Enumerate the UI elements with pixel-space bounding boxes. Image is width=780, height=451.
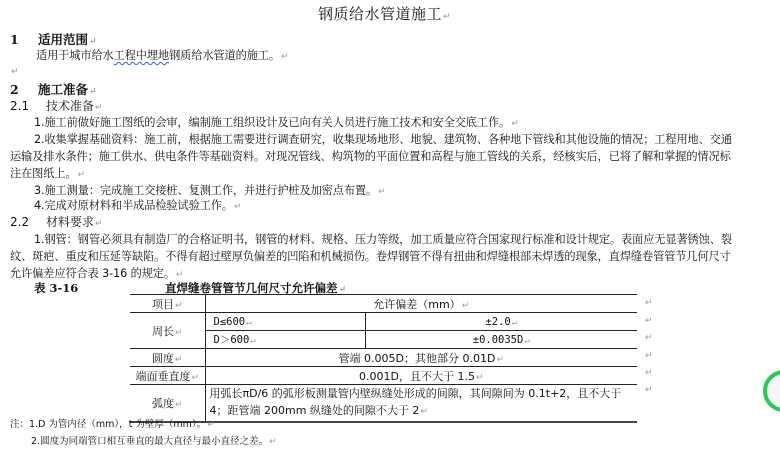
table-row-perimeter-1: 周长↵ D≤600↵ ±2.0↵ xyxy=(130,313,637,331)
cell-mark-icon: ↵ xyxy=(512,318,517,328)
subsection-number: 2.1 xyxy=(10,99,46,113)
table-number: 表 3-16 xyxy=(34,280,78,296)
section-heading-text: 施工准备 xyxy=(38,82,88,97)
cell-mark-icon: ↵ xyxy=(524,336,529,346)
body-text: 注在图纸上。 xyxy=(10,167,77,180)
tolerance-table: 项目↵ 允许偏差（mm）↵ 周长↵ D≤600↵ ±2.0↵ D＞600↵ ±0… xyxy=(130,294,637,423)
cond-d-le-600: D≤600↵ xyxy=(205,313,365,331)
table-note-2: 2.圆度为同端管口相互垂直的最大直径与最小直径之差。↵ xyxy=(31,433,277,447)
paragraph-mark-icon: ↵ xyxy=(269,437,277,447)
tech-prep-item-4: 4.完成对原材料和半成品检验试验工作。↵ xyxy=(34,197,241,213)
row-end-mark-icon: ↵ xyxy=(645,298,653,308)
row-end-mark-icon: ↵ xyxy=(645,351,653,361)
body-text: 允许偏差应符合表 3-16 的规定。 xyxy=(10,267,175,280)
note-text: 注：1.D 为管内径（mm），t 为壁厚（mm）。 xyxy=(10,419,206,430)
body-text: 钢质给水管道的施工。 xyxy=(169,49,280,62)
cell-mark-icon: ↵ xyxy=(175,355,183,365)
material-item-1-line-1: 1.钢管：钢管必须具有制造厂的合格证明书，钢管的材料、规格、压力等级，加工质量应… xyxy=(34,231,732,247)
table-header-row: 项目↵ 允许偏差（mm）↵ xyxy=(130,295,637,313)
table-row-perimeter-2: D＞600↵ ±0.0035D↵ xyxy=(130,331,637,349)
row-end-mark-icon: ↵ xyxy=(645,316,653,326)
body-text: 运输及排水条件；施工供水、供电条件等基础资料。对现况管线、构筑物的平面位置和高程… xyxy=(10,150,731,163)
tech-prep-item-2-line-2: 运输及排水条件；施工供水、供电条件等基础资料。对现况管线、构筑物的平面位置和高程… xyxy=(10,148,731,164)
row-label-perimeter: 周长↵ xyxy=(130,313,205,349)
spellcheck-flagged-text[interactable]: 工程中埋地 xyxy=(114,49,169,62)
cell-mark-icon: ↵ xyxy=(175,328,183,338)
paragraph-mark-icon: ↵ xyxy=(443,12,451,22)
section-number: 2 xyxy=(10,82,38,97)
cond-d-gt-600: D＞600↵ xyxy=(205,331,365,349)
table-row-end-perpendicularity: 端面垂直度↵ 0.001D，且不大于 1.5↵ xyxy=(130,367,637,385)
value-end-perpendicularity: 0.001D，且不大于 1.5↵ xyxy=(205,367,637,385)
body-text: 适用于城市给水 xyxy=(36,49,114,62)
body-text: 1.施工前做好施工图纸的会审，编制施工组织设计及已向有关人员进行施工技术和安全交… xyxy=(34,116,510,129)
body-text: 2.收集掌握基础资料：施工前，根据施工需要进行调查研究，收集现场地形、地貌、建筑… xyxy=(34,133,732,146)
value-roundness: 管端 0.005D；其他部分 0.01D↵ xyxy=(205,349,637,367)
row-label-end-perpendicularity: 端面垂直度↵ xyxy=(130,367,205,385)
cell-mark-icon: ↵ xyxy=(191,373,199,383)
material-item-1-line-2: 纹、斑疤、重皮和压延等缺陷。不得有超过壁厚负偏差的凹陷和机械损伤。卷焊钢管不得有… xyxy=(10,248,731,264)
section-number: 1 xyxy=(10,32,38,47)
cell-mark-icon: ↵ xyxy=(476,373,484,383)
tech-prep-item-2-line-3: 注在图纸上。↵ xyxy=(10,165,85,181)
paragraph-mark-icon: ↵ xyxy=(89,37,97,47)
paragraph-mark-icon: ↵ xyxy=(95,219,103,229)
section-2-heading: 2施工准备↵ xyxy=(10,80,97,98)
table-note-1: 注：1.D 为管内径（mm），t 为壁厚（mm）。↵ xyxy=(10,416,215,430)
caption-text: 直焊缝卷管管节几何尺寸允许偏差 xyxy=(165,281,338,295)
cell-mark-icon: ↵ xyxy=(175,400,183,410)
section-heading-text: 适用范围 xyxy=(38,32,88,47)
paragraph-mark-icon: ↵ xyxy=(207,420,215,430)
document-title: 钢质给水管道施工↵ xyxy=(318,3,451,24)
cell-mark-icon: ↵ xyxy=(246,318,251,328)
paragraph-mark-icon: ↵ xyxy=(234,202,241,212)
header-tolerance: 允许偏差（mm）↵ xyxy=(205,295,637,313)
body-text: 纹、斑疤、重皮和压延等缺陷。不得有超过壁厚负偏差的凹陷和机械损伤。卷焊钢管不得有… xyxy=(10,250,731,263)
row-end-mark-icon: ↵ xyxy=(645,368,653,378)
empty-paragraph-mark-icon: ↵ xyxy=(11,67,19,77)
value-pm-0-0035d: ±0.0035D↵ xyxy=(365,331,637,349)
section-1-body: 适用于城市给水工程中埋地钢质给水管道的施工。↵ xyxy=(36,47,288,63)
cell-mark-icon: ↵ xyxy=(250,336,255,346)
subsection-heading-text: 材料要求 xyxy=(46,215,94,229)
subsection-number: 2.2 xyxy=(10,215,46,229)
material-item-1-line-3: 允许偏差应符合表 3-16 的规定。↵ xyxy=(10,265,183,281)
paragraph-mark-icon: ↵ xyxy=(95,103,103,113)
header-item: 项目↵ xyxy=(130,295,205,313)
body-text: 4.完成对原材料和半成品检验试验工作。 xyxy=(34,199,233,212)
row-label-roundness: 圆度↵ xyxy=(130,349,205,367)
paragraph-mark-icon: ↵ xyxy=(511,119,518,129)
value-pm-2-0: ±2.0↵ xyxy=(365,313,637,331)
tech-prep-item-1: 1.施工前做好施工图纸的会审，编制施工组织设计及已向有关人员进行施工技术和安全交… xyxy=(34,114,519,130)
paragraph-mark-icon: ↵ xyxy=(89,87,97,97)
paragraph-mark-icon: ↵ xyxy=(281,52,288,62)
body-text: 1.钢管：钢管必须具有制造厂的合格证明书，钢管的材料、规格、压力等级，加工质量应… xyxy=(34,233,732,246)
body-text: 3.施工测量：完成施工交接桩、复测工作，并进行护桩及加密点布置。 xyxy=(34,184,377,197)
tech-prep-item-2-line-1: 2.收集掌握基础资料：施工前，根据施工需要进行调查研究，收集现场地形、地貌、建筑… xyxy=(34,131,732,147)
note-text: 2.圆度为同端管口相互垂直的最大直径与最小直径之差。 xyxy=(31,436,268,447)
title-text: 钢质给水管道施工 xyxy=(318,5,442,23)
subsection-heading-text: 技术准备 xyxy=(46,99,94,113)
section-1-heading: 1适用范围↵ xyxy=(10,30,97,48)
cell-mark-icon: ↵ xyxy=(462,301,470,311)
green-ring-badge-icon[interactable] xyxy=(763,370,780,412)
value-curvature: 用弧长πD/6 的弧形板测量管内壁纵缝处形成的间隙，其间隙间为 0.1t+2，且… xyxy=(205,385,637,423)
row-end-mark-icon: ↵ xyxy=(645,385,653,395)
paragraph-mark-icon: ↵ xyxy=(378,187,385,197)
table-row-roundness: 圆度↵ 管端 0.005D；其他部分 0.01D↵ xyxy=(130,349,637,367)
row-end-mark-icon: ↵ xyxy=(645,333,653,343)
cell-mark-icon: ↵ xyxy=(496,355,504,365)
paragraph-mark-icon: ↵ xyxy=(78,170,85,180)
tech-prep-item-3: 3.施工测量：完成施工交接桩、复测工作，并进行护桩及加密点布置。↵ xyxy=(34,182,386,198)
subsection-2-2-heading: 2.2材料要求↵ xyxy=(10,213,103,230)
subsection-2-1-heading: 2.1技术准备↵ xyxy=(10,97,103,114)
cell-mark-icon: ↵ xyxy=(175,301,183,311)
cell-mark-icon: ↵ xyxy=(420,407,428,417)
paragraph-mark-icon: ↵ xyxy=(176,270,183,280)
